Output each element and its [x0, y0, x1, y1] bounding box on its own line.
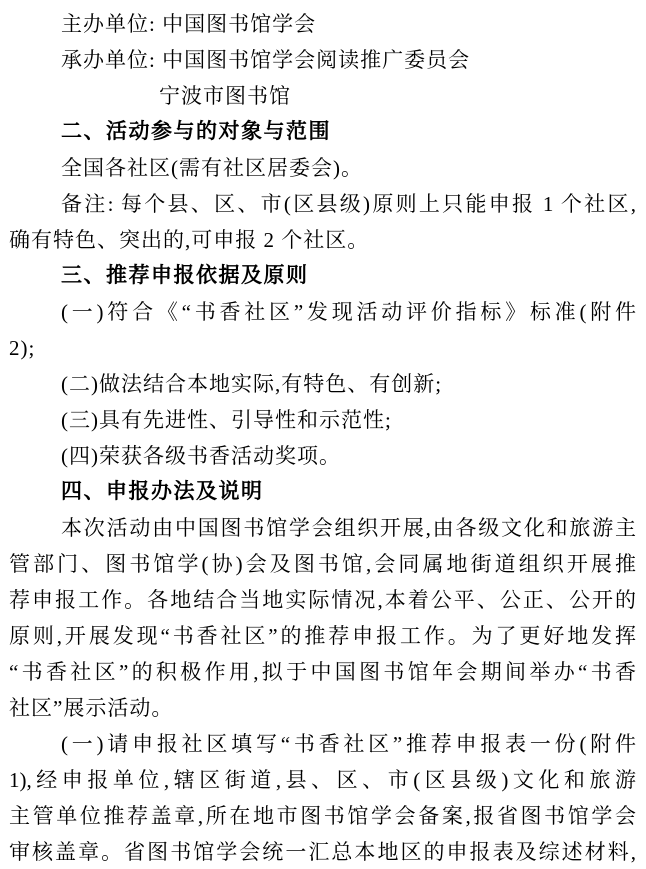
- text-line: 本次活动由中国图书馆学会组织开展,由各级文化和旅游主: [9, 510, 636, 546]
- text-line: 备注: 每个县、区、市(区县级)原则上只能申报 1 个社区,: [9, 186, 636, 222]
- text-line: 全国各社区(需有社区居委会)。: [9, 150, 636, 186]
- text-line: 确有特色、突出的,可申报 2 个社区。: [9, 222, 636, 258]
- text-line: “书香社区”的积极作用,拟于中国图书馆年会期间举办“书香: [9, 654, 636, 690]
- text-line: 主管单位推荐盖章,所在地市图书馆学会备案,报省图书馆学会: [9, 798, 636, 834]
- text-line: (三)具有先进性、引导性和示范性;: [9, 402, 636, 438]
- section-heading: 三、推荐申报依据及原则: [9, 258, 636, 294]
- text-line: 主办单位: 中国图书馆学会: [9, 6, 636, 42]
- text-line: 审核盖章。省图书馆学会统一汇总本地区的申报表及综述材料,: [9, 834, 636, 869]
- text-line: (四)荣获各级书香活动奖项。: [9, 438, 636, 474]
- text-line: 1),经申报单位,辖区街道,县、区、市(区县级)文化和旅游: [9, 762, 636, 798]
- section-heading: 二、活动参与的对象与范围: [9, 114, 636, 150]
- text-line: (一)请申报社区填写“书香社区”推荐申报表一份(附件: [9, 726, 636, 762]
- text-line: (一)符合《“书香社区”发现活动评价指标》标准(附件: [9, 294, 636, 330]
- text-line: 2);: [9, 330, 636, 366]
- text-line: 承办单位: 中国图书馆学会阅读推广委员会: [9, 42, 636, 78]
- text-line: 原则,开展发现“书香社区”的推荐申报工作。为了更好地发挥: [9, 618, 636, 654]
- section-heading: 四、申报办法及说明: [9, 474, 636, 510]
- text-line: 宁波市图书馆: [9, 78, 636, 114]
- document-page: 主办单位: 中国图书馆学会承办单位: 中国图书馆学会阅读推广委员会宁波市图书馆二…: [0, 0, 646, 869]
- text-line: 荐申报工作。各地结合当地实际情况,本着公平、公正、公开的: [9, 582, 636, 618]
- document-body: 主办单位: 中国图书馆学会承办单位: 中国图书馆学会阅读推广委员会宁波市图书馆二…: [9, 6, 636, 869]
- text-line: 社区”展示活动。: [9, 690, 636, 726]
- text-line: (二)做法结合本地实际,有特色、有创新;: [9, 366, 636, 402]
- text-line: 管部门、图书馆学(协)会及图书馆,会同属地街道组织开展推: [9, 546, 636, 582]
